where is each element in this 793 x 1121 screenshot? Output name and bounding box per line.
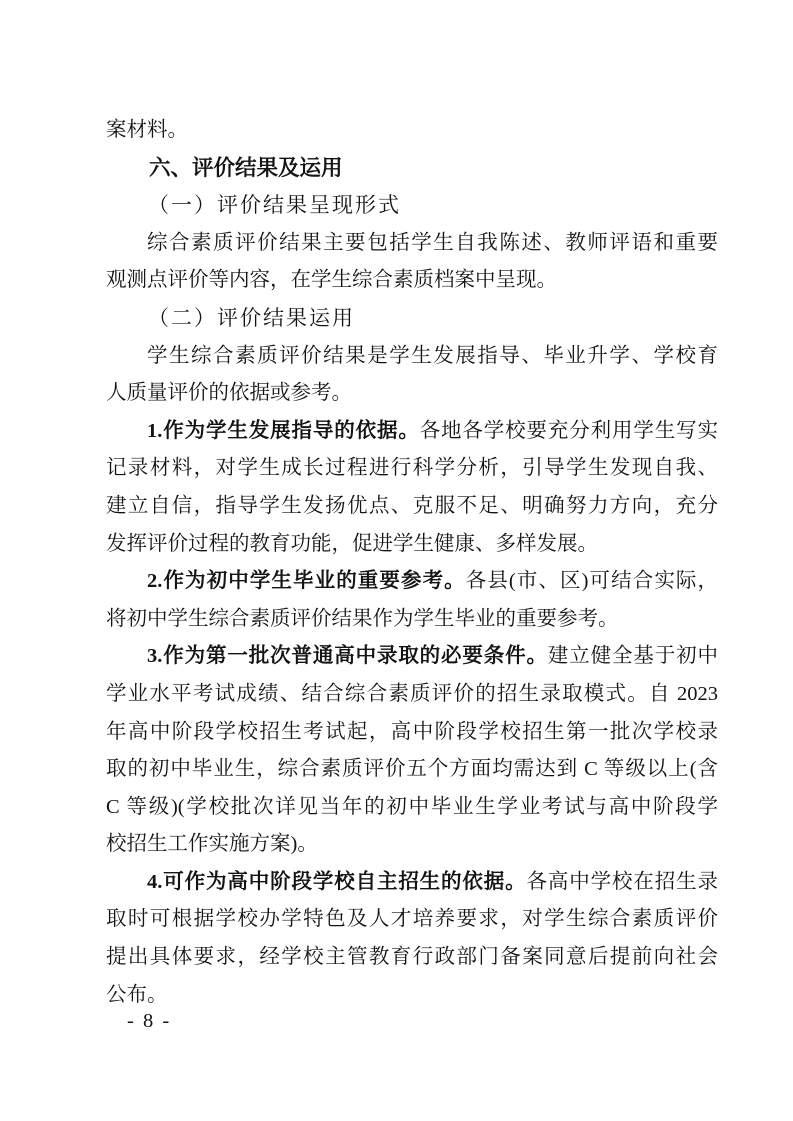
- text-line: 人质量评价的依据或参考。: [106, 375, 718, 413]
- text-run: 学生综合素质评价结果是学生发展指导、毕业升学、学校育: [147, 345, 718, 367]
- text-run: 学业水平考试成绩、结合综合素质评价的招生录取模式。自 2023: [106, 683, 718, 705]
- text-run: 各高中学校在招生录: [527, 871, 718, 893]
- text-run: 校招生工作实施方案)。: [106, 833, 318, 855]
- text-line: 发挥评价过程的教育功能，促进学生健康、多样发展。: [106, 526, 718, 564]
- document-page: 案材料。六、评价结果及运用（一）评价结果呈现形式综合素质评价结果主要包括学生自我…: [0, 0, 793, 1121]
- text-run: 综合素质评价结果主要包括学生自我陈述、教师评语和重要: [147, 232, 718, 254]
- text-line: C 等级)(学校批次详见当年的初中毕业生学业考试与高中阶段学: [106, 789, 718, 827]
- text-run: 发挥评价过程的教育功能，促进学生健康、多样发展。: [106, 533, 598, 555]
- bold-run: 2.作为初中学生毕业的重要参考。: [147, 570, 466, 592]
- bold-run: 1.作为学生发展指导的依据。: [147, 420, 420, 442]
- section-heading: 六、评价结果及运用: [106, 150, 718, 188]
- text-line: 年高中阶段学校招生考试起，高中阶段学校招生第一批次学校录: [106, 714, 718, 752]
- text-run: 人质量评价的依据或参考。: [106, 382, 352, 404]
- text-run: 观测点评价等内容，在学生综合素质档案中呈现。: [106, 269, 557, 291]
- text-line: 3.作为第一批次普通高中录取的必要条件。建立健全基于初中: [106, 638, 718, 676]
- text-line: 取的初中毕业生，综合素质评价五个方面均需达到 C 等级以上(含: [106, 751, 718, 789]
- text-run: （二）评价结果运用: [148, 306, 355, 330]
- text-line: 将初中学生综合素质评价结果作为学生毕业的重要参考。: [106, 601, 718, 639]
- bold-run: 4.可作为高中阶段学校自主招生的依据。: [147, 871, 527, 893]
- text-run: 建立健全基于初中: [548, 645, 718, 667]
- text-line: 提出具体要求，经学校主管教育行政部门备案同意后提前向社会: [106, 939, 718, 977]
- text-line: 校招生工作实施方案)。: [106, 826, 718, 864]
- text-run: 年高中阶段学校招生考试起，高中阶段学校招生第一批次学校录: [106, 721, 718, 743]
- text-line: 案材料。: [106, 112, 718, 150]
- text-run: 各地各学校要充分利用学生写实: [420, 420, 718, 442]
- page-number: - 8 -: [127, 1003, 171, 1041]
- text-run: 案材料。: [106, 119, 188, 141]
- text-line: 2.作为初中学生毕业的重要参考。各县(市、区)可结合实际，: [106, 563, 718, 601]
- text-run: （一）评价结果呈现形式: [148, 193, 401, 217]
- text-run: 将初中学生综合素质评价结果作为学生毕业的重要参考。: [106, 608, 619, 630]
- text-run: 记录材料，对学生成长过程进行科学分析，引导学生发现自我、: [106, 457, 718, 479]
- document-lines: 案材料。六、评价结果及运用（一）评价结果呈现形式综合素质评价结果主要包括学生自我…: [106, 112, 718, 1014]
- text-run: 提出具体要求，经学校主管教育行政部门备案同意后提前向社会: [106, 946, 718, 968]
- sub-heading: （二）评价结果运用: [106, 300, 718, 338]
- text-run: 各县(市、区)可结合实际，: [466, 570, 718, 592]
- text-line: 学生综合素质评价结果是学生发展指导、毕业升学、学校育: [106, 338, 718, 376]
- text-run: C 等级)(学校批次详见当年的初中毕业生学业考试与高中阶段学: [106, 796, 718, 818]
- text-line: 1.作为学生发展指导的依据。各地各学校要充分利用学生写实: [106, 413, 718, 451]
- text-line: 观测点评价等内容，在学生综合素质档案中呈现。: [106, 262, 718, 300]
- bold-run: 3.作为第一批次普通高中录取的必要条件。: [147, 645, 548, 667]
- text-run: 建立自信，指导学生发扬优点、克服不足、明确努力方向，充分: [106, 495, 718, 517]
- text-run: 取时可根据学校办学特色及人才培养要求，对学生综合素质评价: [106, 908, 718, 930]
- text-line: 综合素质评价结果主要包括学生自我陈述、教师评语和重要: [106, 225, 718, 263]
- text-line: 公布。: [106, 977, 718, 1015]
- text-line: 4.可作为高中阶段学校自主招生的依据。各高中学校在招生录: [106, 864, 718, 902]
- text-line: 记录材料，对学生成长过程进行科学分析，引导学生发现自我、: [106, 450, 718, 488]
- text-run: 取的初中毕业生，综合素质评价五个方面均需达到 C 等级以上(含: [106, 758, 718, 780]
- sub-heading: （一）评价结果呈现形式: [106, 187, 718, 225]
- text-line: 学业水平考试成绩、结合综合素质评价的招生录取模式。自 2023: [106, 676, 718, 714]
- bold-run: 六、评价结果及运用: [149, 156, 343, 180]
- text-line: 取时可根据学校办学特色及人才培养要求，对学生综合素质评价: [106, 901, 718, 939]
- text-line: 建立自信，指导学生发扬优点、克服不足、明确努力方向，充分: [106, 488, 718, 526]
